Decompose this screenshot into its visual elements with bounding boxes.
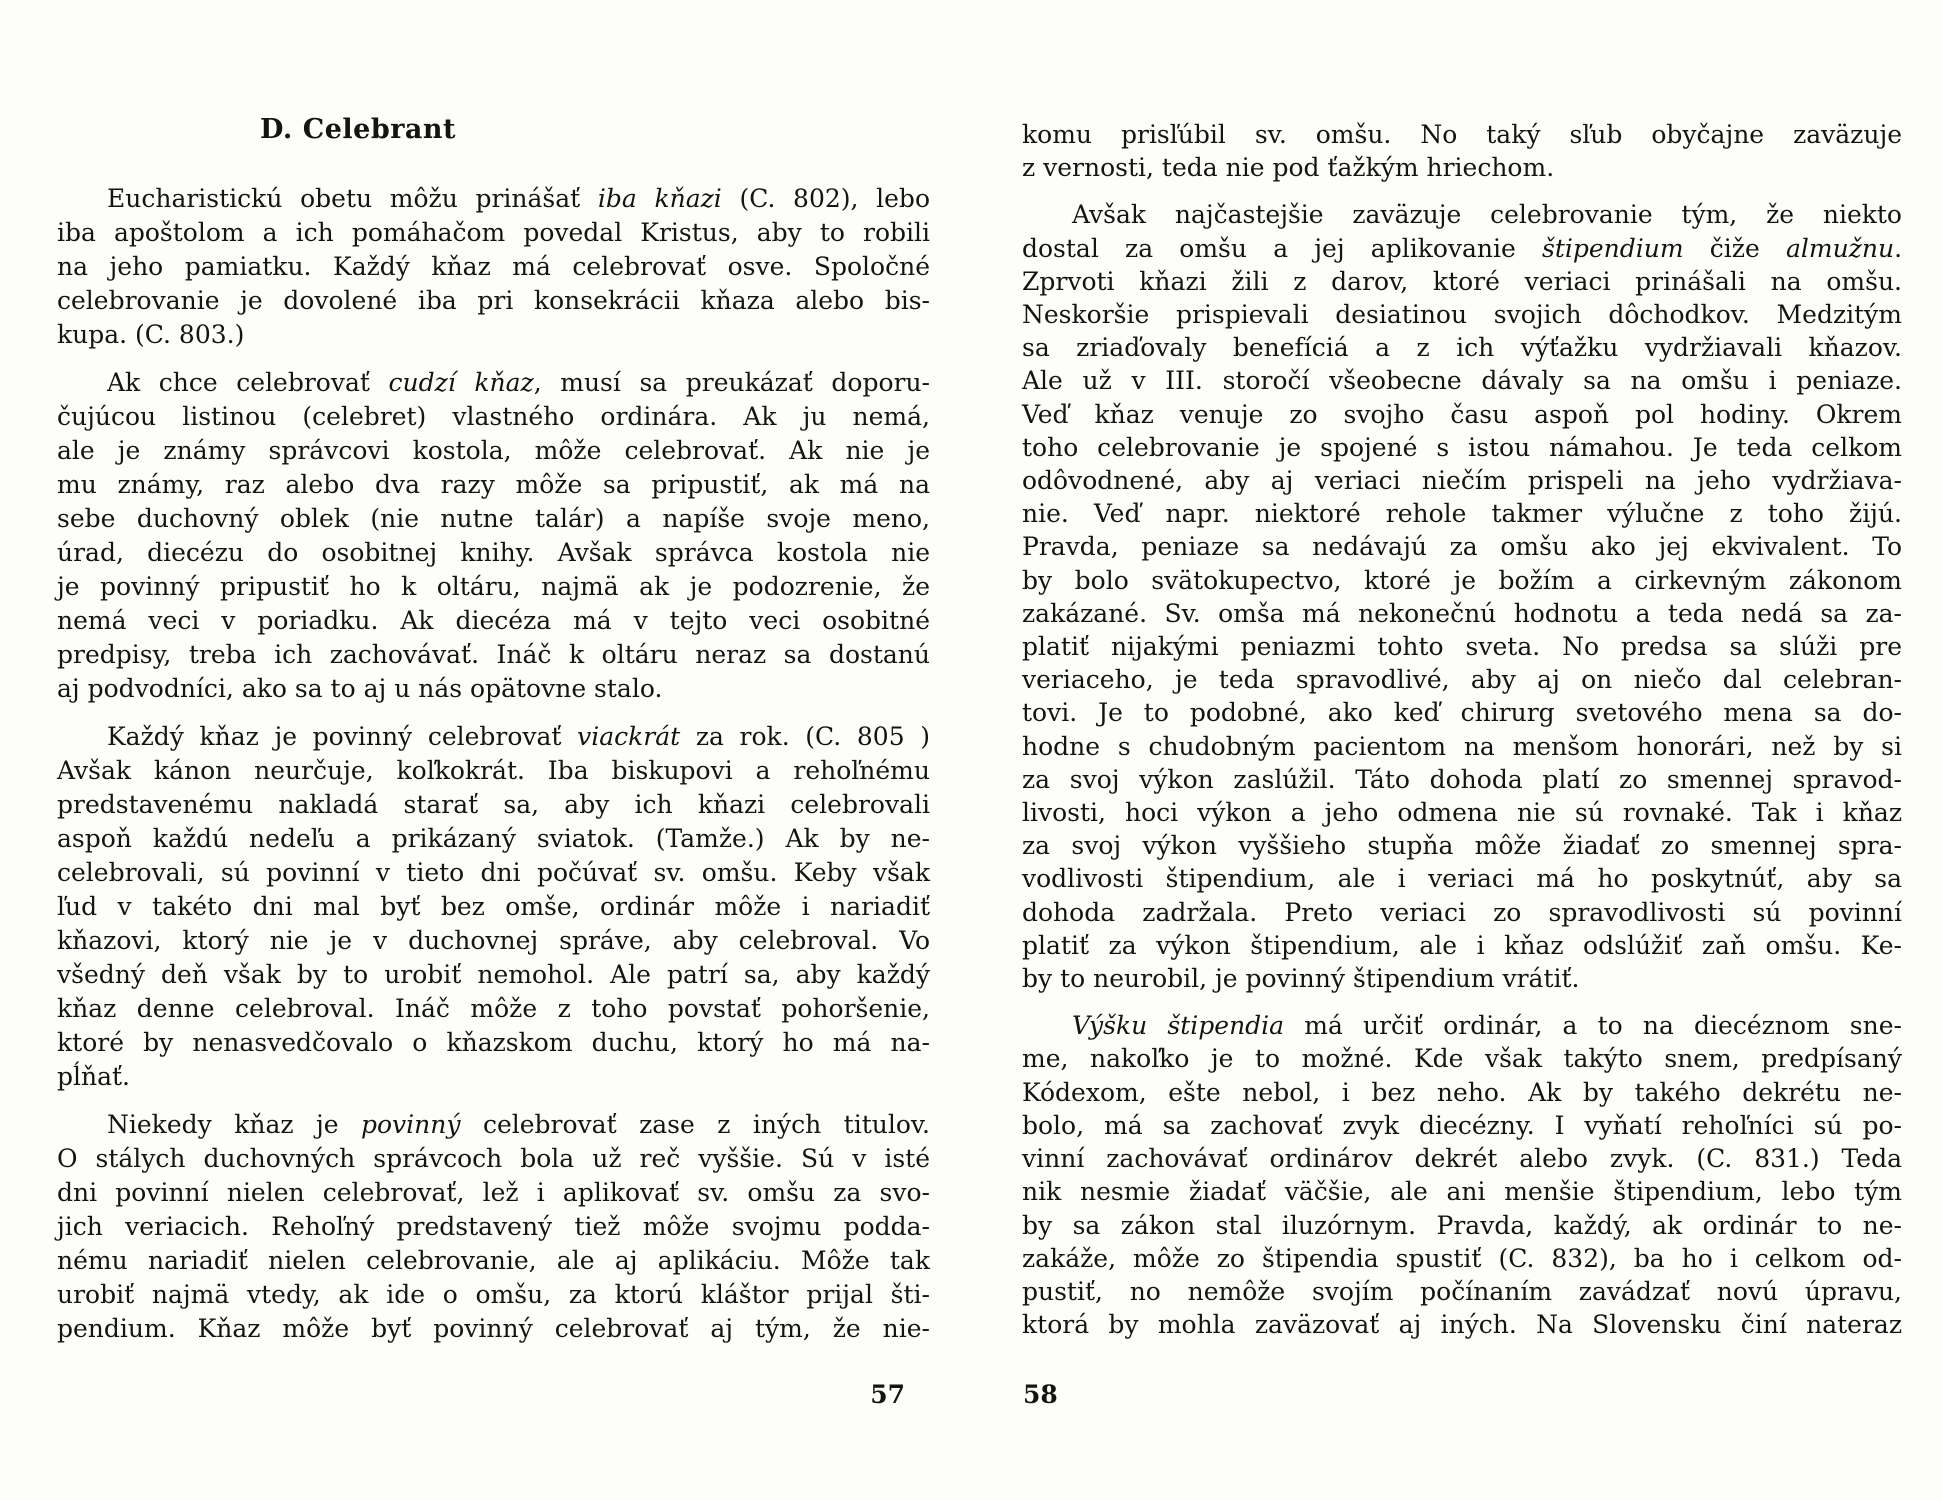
text-line: je povinný pripustiť ho k oltáru, najmä … bbox=[57, 570, 930, 604]
text-line: hodne s chudobným pacientom na menšom ho… bbox=[1022, 730, 1902, 763]
text-line: dostal za omšu a jej aplikovanie štipend… bbox=[1022, 232, 1902, 265]
text-line: vinní zachovávať ordinárov dekrét alebo … bbox=[1022, 1142, 1902, 1175]
text-line: by sa zákon stal iluzórnym. Pravda, každ… bbox=[1022, 1209, 1902, 1242]
text-line: bolo, má sa zachovať zvyk diecézny. I vy… bbox=[1022, 1109, 1902, 1142]
text-line: ľud v takéto dni mal byť bez omše, ordin… bbox=[57, 890, 930, 924]
text-line: veriaceho, je teda spravodlivé, aby aj o… bbox=[1022, 663, 1902, 696]
text-line: kňazovi, ktorý nie je v duchovnej správe… bbox=[57, 924, 930, 958]
text-line: Avšak kánon neurčuje, koľkokrát. Iba bis… bbox=[57, 754, 930, 788]
text-line: ale je známy správcovi kostola, môže cel… bbox=[57, 434, 930, 468]
left-page: D. Celebrant Eucharistickú obetu môžu pr… bbox=[57, 0, 930, 1500]
text-line: mu známy, raz alebo dva razy môže sa pri… bbox=[57, 468, 930, 502]
page-number-left: 57 bbox=[870, 1378, 905, 1412]
text-line: nik nesmie žiadať väčšie, ale ani menšie… bbox=[1022, 1175, 1902, 1208]
text-line: komu prisľúbil sv. omšu. No taký sľub ob… bbox=[1022, 118, 1902, 151]
text-line: Kódexom, ešte nebol, i bez neho. Ak by t… bbox=[1022, 1076, 1902, 1109]
text-line: pĺňať. bbox=[57, 1060, 930, 1094]
text-line: ktoré by nenasvedčovalo o kňazskom duchu… bbox=[57, 1026, 930, 1060]
text-line: Pravda, peniaze sa nedávajú za omšu ako … bbox=[1022, 530, 1902, 563]
text-line: aspoň každú nedeľu a prikázaný sviatok. … bbox=[57, 822, 930, 856]
text-line: pustiť, no nemôže svojím počínaním zavád… bbox=[1022, 1275, 1902, 1308]
text-line: kupa. (C. 803.) bbox=[57, 318, 930, 352]
text-line: Ak chce celebrovať cudzí kňaz, musí sa p… bbox=[57, 366, 930, 400]
paragraph: Každý kňaz je povinný celebrovať viackrá… bbox=[57, 720, 930, 1094]
text-line: nie. Veď napr. niektoré rehole takmer vý… bbox=[1022, 497, 1902, 530]
text-line: kňaz denne celebroval. Ináč môže z toho … bbox=[57, 992, 930, 1026]
text-line: O stálych duchovných správcoch bola už r… bbox=[57, 1142, 930, 1176]
left-page-text: Eucharistickú obetu môžu prinášať iba kň… bbox=[57, 182, 930, 1346]
text-line: vodlivosti štipendium, ale i veriaci má … bbox=[1022, 862, 1902, 895]
text-line: dohoda zadržala. Preto veriaci zo spravo… bbox=[1022, 896, 1902, 929]
text-line: odôvodnené, aby aj veriaci niečím prispe… bbox=[1022, 464, 1902, 497]
text-line: jich veriacich. Rehoľný predstavený tiež… bbox=[57, 1210, 930, 1244]
text-line: zakáže, môže zo štipendia spustiť (C. 83… bbox=[1022, 1242, 1902, 1275]
text-line: Ale už v III. storočí všeobecne dávaly s… bbox=[1022, 364, 1902, 397]
text-line: predpisy, treba ich zachovávať. Ináč k o… bbox=[57, 638, 930, 672]
text-line: urobiť najmä vtedy, ak ide o omšu, za kt… bbox=[57, 1278, 930, 1312]
text-line: predstavenému nakladá starať sa, aby ich… bbox=[57, 788, 930, 822]
text-line: nému nariadiť nielen celebrovanie, ale a… bbox=[57, 1244, 930, 1278]
paragraph: Eucharistickú obetu môžu prinášať iba kň… bbox=[57, 182, 930, 352]
paragraph: Výšku štipendia má určiť ordinár, a to n… bbox=[1022, 1009, 1902, 1341]
text-line: aj podvodníci, ako sa to aj u nás opätov… bbox=[57, 672, 930, 706]
section-heading: D. Celebrant bbox=[57, 114, 930, 146]
paragraph: Ak chce celebrovať cudzí kňaz, musí sa p… bbox=[57, 366, 930, 706]
text-line: úrad, diecézu do osobitnej knihy. Avšak … bbox=[57, 536, 930, 570]
text-line: Neskoršie prispievali desiatinou svojich… bbox=[1022, 298, 1902, 331]
text-line: sa zriaďovaly benefíciá a z ich výťažku … bbox=[1022, 331, 1902, 364]
text-line: ktorá by mohla zaväzovať aj iných. Na Sl… bbox=[1022, 1308, 1902, 1341]
text-line: sebe duchovný oblek (nie nutne talár) a … bbox=[57, 502, 930, 536]
paragraph: Niekedy kňaz je povinný celebrovať zase … bbox=[57, 1108, 930, 1346]
text-line: všedný deň však by to urobiť nemohol. Al… bbox=[57, 958, 930, 992]
text-line: čujúcou listinou (celebret) vlastného or… bbox=[57, 400, 930, 434]
text-line: by bolo svätokupectvo, ktoré je božím a … bbox=[1022, 564, 1902, 597]
paragraph: Avšak najčastejšie zaväzuje celebrovanie… bbox=[1022, 198, 1902, 995]
text-line: Veď kňaz venuje zo svojho času aspoň pol… bbox=[1022, 398, 1902, 431]
paragraph: komu prisľúbil sv. omšu. No taký sľub ob… bbox=[1022, 118, 1902, 184]
text-line: platiť nijakými peniazmi tohto sveta. No… bbox=[1022, 630, 1902, 663]
text-line: nemá veci v poriadku. Ak diecéza má v te… bbox=[57, 604, 930, 638]
text-line: Eucharistickú obetu môžu prinášať iba kň… bbox=[57, 182, 930, 216]
text-line: Zprvoti kňazi žili z darov, ktoré veriac… bbox=[1022, 265, 1902, 298]
text-line: celebrovali, sú povinní v tieto dni počú… bbox=[57, 856, 930, 890]
page-number-right: 58 bbox=[1023, 1378, 1058, 1412]
text-line: Každý kňaz je povinný celebrovať viackrá… bbox=[57, 720, 930, 754]
text-line: na jeho pamiatku. Každý kňaz má celebrov… bbox=[57, 250, 930, 284]
text-line: tovi. Je to podobné, ako keď chirurg sve… bbox=[1022, 696, 1902, 729]
text-line: za svoj výkon vyššieho stupňa môže žiada… bbox=[1022, 829, 1902, 862]
text-line: dni povinní nielen celebrovať, lež i apl… bbox=[57, 1176, 930, 1210]
text-line: Výšku štipendia má určiť ordinár, a to n… bbox=[1022, 1009, 1902, 1042]
text-line: by to neurobil, je povinný štipendium vr… bbox=[1022, 962, 1902, 995]
text-line: celebrovanie je dovolené iba pri konsekr… bbox=[57, 284, 930, 318]
text-line: platiť za výkon štipendium, ale i kňaz o… bbox=[1022, 929, 1902, 962]
text-line: z vernosti, teda nie pod ťažkým hriechom… bbox=[1022, 151, 1902, 184]
book-spread: D. Celebrant Eucharistickú obetu môžu pr… bbox=[0, 0, 1942, 1500]
text-line: livosti, hoci výkon a jeho odmena nie sú… bbox=[1022, 796, 1902, 829]
text-line: iba apoštolom a ich pomáhačom povedal Kr… bbox=[57, 216, 930, 250]
text-line: za svoj výkon zaslúžil. Táto dohoda plat… bbox=[1022, 763, 1902, 796]
text-line: zakázané. Sv. omša má nekonečnú hodnotu … bbox=[1022, 597, 1902, 630]
text-line: Niekedy kňaz je povinný celebrovať zase … bbox=[57, 1108, 930, 1142]
text-line: me, nakoľko je to možné. Kde však takýto… bbox=[1022, 1042, 1902, 1075]
right-page: komu prisľúbil sv. omšu. No taký sľub ob… bbox=[1022, 0, 1902, 1500]
right-page-text: komu prisľúbil sv. omšu. No taký sľub ob… bbox=[1022, 118, 1902, 1341]
text-line: Avšak najčastejšie zaväzuje celebrovanie… bbox=[1022, 198, 1902, 231]
text-line: pendium. Kňaz môže byť povinný celebrova… bbox=[57, 1312, 930, 1346]
text-line: toho celebrovanie je spojené s istou nám… bbox=[1022, 431, 1902, 464]
